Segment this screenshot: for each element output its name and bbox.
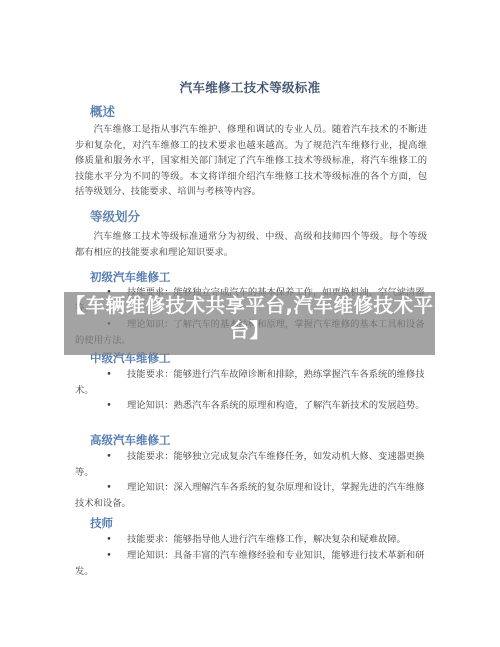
bullet-text: 理论知识：具备丰富的汽车维修经验和专业知识，能够进行技术革新和研发。 [75,550,425,577]
bullet-text: 技能要求：能够指导他人进行汽车维修工作，解决复杂和疑难故障。 [127,534,406,545]
bullet-icon: • [75,480,127,496]
level-intermediate-skill-item: •技能要求：能够进行汽车故障诊断和排除，熟练掌握汽车各系统的维修技术。 [75,367,427,398]
bullet-text: 理论知识：深入理解汽车各系统的复杂原理和设计，掌握先进的汽车维修技术和设备。 [75,482,425,509]
section-heading-overview: 概述 [90,102,115,120]
bullet-text: 理论知识：熟悉汽车各系统的原理和构造，了解汽车新技术的发展趋势。 [127,400,425,411]
level-heading-junior: 初级汽车维修工 [90,269,171,285]
level-technician-skill-item: •技能要求：能够指导他人进行汽车维修工作，解决复杂和疑难故障。 [75,532,427,548]
level-intermediate-theory-item: •理论知识：熟悉汽车各系统的原理和构造，了解汽车新技术的发展趋势。 [75,398,427,414]
grading-paragraph: 汽车维修工技术等级标准通常分为初级、中级、高级和技师四个等级。每个等级都有相应的… [75,229,427,260]
overview-paragraph: 汽车维修工是指从事汽车维护、修理和调试的专业人员。随着汽车技术的不断进步和复杂化… [75,122,427,200]
bullet-icon: • [75,398,127,414]
bullet-icon: • [75,532,127,548]
bullet-text: 技能要求：能够进行汽车故障诊断和排除，熟练掌握汽车各系统的维修技术。 [75,369,425,396]
section-heading-grading: 等级划分 [90,207,140,225]
level-senior-skill-item: •技能要求：能够独立完成复杂汽车维修任务，如发动机大修、变速器更换等。 [75,449,427,480]
document-title: 汽车维修工技术等级标准 [0,78,500,96]
bullet-icon: • [75,449,127,465]
bullet-text: 技能要求：能够独立完成复杂汽车维修任务，如发动机大修、变速器更换等。 [75,451,425,478]
level-heading-technician: 技师 [90,515,113,531]
overlay-banner-text: 【车辆维修技术共享平台,汽车维修技术平台】 [64,293,435,343]
level-heading-senior: 高级汽车维修工 [90,432,171,448]
level-technician-theory-item: •理论知识：具备丰富的汽车维修经验和专业知识，能够进行技术革新和研发。 [75,548,427,579]
bullet-icon: • [75,548,127,564]
document-page: 汽车维修工技术等级标准 概述 汽车维修工是指从事汽车维护、修理和调试的专业人员。… [0,0,500,647]
bullet-icon: • [75,367,127,383]
level-senior-theory-item: •理论知识：深入理解汽车各系统的复杂原理和设计，掌握先进的汽车维修技术和设备。 [75,480,427,511]
